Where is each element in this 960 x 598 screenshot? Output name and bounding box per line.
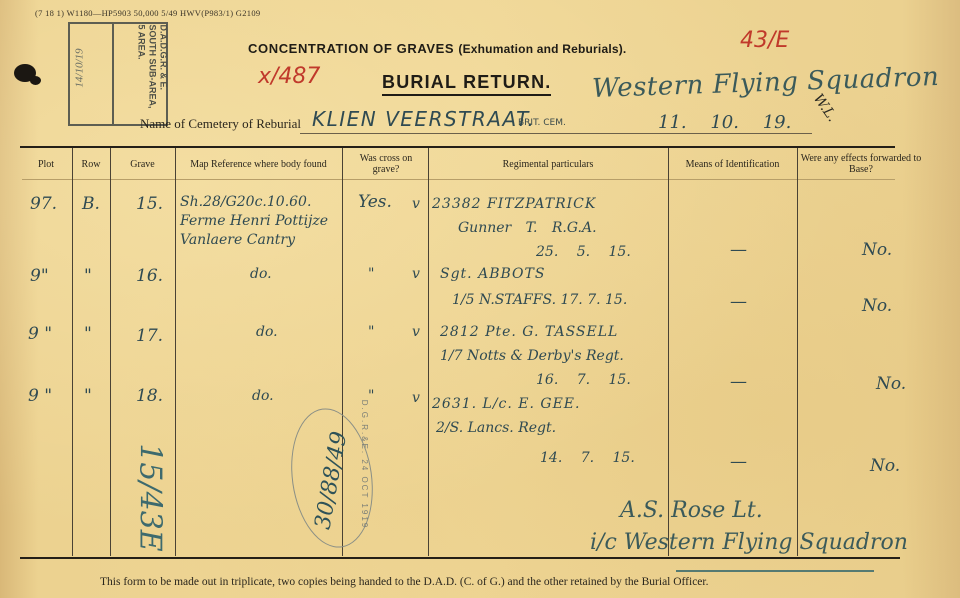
header-identification: Means of Identification xyxy=(668,148,797,180)
row2-identification: — xyxy=(730,292,747,312)
row1-cross: Yes. xyxy=(358,192,392,212)
row4-particulars-1: 2631. L/c. E. GEE. xyxy=(432,396,580,412)
form-title-sub: (Exhumation and Reburials). xyxy=(458,42,626,56)
row1-row: B. xyxy=(82,194,100,214)
red-reference-right: 43/E xyxy=(740,28,789,53)
row1-particulars-2: Gunner T. R.G.A. xyxy=(458,220,597,236)
red-reference-left: x/487 xyxy=(258,64,320,89)
row2-map-ref: do. xyxy=(250,266,272,282)
row3-particulars-1: 2812 Pte. G. TASSELL xyxy=(440,324,618,340)
row1-map-ref-2: Ferme Henri Pottijze xyxy=(180,213,328,229)
row4-particulars-3: 14. 7. 15. xyxy=(540,450,635,466)
header-plot: Plot xyxy=(20,148,72,180)
row3-cross: " xyxy=(368,324,374,340)
row3-identification: — xyxy=(730,372,747,392)
ink-blot-icon xyxy=(30,76,41,85)
table-bottom-rule xyxy=(20,557,900,559)
row4-check-icon: v xyxy=(412,390,420,406)
row3-row: " xyxy=(84,324,92,344)
row2-row: " xyxy=(84,266,92,286)
row4-plot: 9 " xyxy=(28,386,52,406)
officer-unit: i/c Western Flying Squadron xyxy=(590,530,908,555)
row1-map-ref-1: Sh.28/G20c.10.60. xyxy=(180,194,311,210)
row2-grave: 16. xyxy=(136,266,163,286)
stamp-line-3: 5 AREA. xyxy=(136,25,147,129)
row3-effects: No. xyxy=(876,374,906,394)
oval-stamp-text: D.G.R.&E. 24 OCT 1919 xyxy=(360,400,369,529)
signature-underline xyxy=(676,570,874,572)
column-divider xyxy=(428,148,429,556)
stamp-line-2: SOUTH SUB-AREA, xyxy=(147,25,158,129)
cemetery-abbr: BRIT. CEM. xyxy=(518,118,566,128)
dadgr-stamp-text: D.A.D.G.R. & E. SOUTH SUB-AREA, 5 AREA. xyxy=(136,25,169,129)
stamp-signature: 14/10/19 xyxy=(74,48,86,87)
row1-particulars-3: 25. 5. 15. xyxy=(536,244,631,260)
row4-map-ref: do. xyxy=(252,388,274,404)
row1-map-ref-3: Vanlaere Cantry xyxy=(180,232,295,248)
header-cross: Was cross on grave? xyxy=(346,148,426,180)
column-divider xyxy=(175,148,176,556)
row3-particulars-3: 16. 7. 15. xyxy=(536,372,631,388)
row2-effects: No. xyxy=(862,296,892,316)
row2-cross: " xyxy=(368,266,374,282)
officer-signature: A.S. Rose Lt. xyxy=(620,498,763,523)
row4-identification: — xyxy=(730,452,747,472)
row1-effects: No. xyxy=(862,240,892,260)
header-grave: Grave xyxy=(110,148,175,180)
column-divider xyxy=(797,148,798,556)
cemetery-underline xyxy=(300,133,812,134)
row2-plot: 9" xyxy=(30,266,49,286)
row4-row: " xyxy=(84,386,92,406)
row2-particulars-1: Sgt. ABBOTS xyxy=(440,266,545,282)
header-map-reference: Map Reference where body found xyxy=(175,148,342,180)
column-divider xyxy=(110,148,111,556)
column-divider xyxy=(668,148,669,556)
row3-particulars-2: 1/7 Notts & Derby's Regt. xyxy=(440,348,624,364)
form-heading: BURIAL RETURN. xyxy=(382,72,551,96)
form-title: CONCENTRATION OF GRAVES (Exhumation and … xyxy=(248,41,626,56)
row1-plot: 97. xyxy=(30,194,57,214)
stamp-line-1: D.A.D.G.R. & E. xyxy=(158,25,169,129)
header-row: Row xyxy=(72,148,110,180)
row4-grave: 18. xyxy=(136,386,163,406)
row3-map-ref: do. xyxy=(256,324,278,340)
header-regimental: Regimental particulars xyxy=(428,148,668,180)
form-title-main: CONCENTRATION OF GRAVES xyxy=(248,41,454,56)
row1-grave: 15. xyxy=(136,194,163,214)
print-code: (7 18 1) W1180—HP5903 50,000 5/49 HWV(P9… xyxy=(35,8,260,18)
cemetery-name: KLIEN VEERSTRAAT. xyxy=(312,107,535,131)
vertical-reference: 15/43E xyxy=(133,443,168,551)
row2-check-icon: v xyxy=(412,266,420,282)
row1-particulars-1: 23382 FITZPATRICK xyxy=(432,196,596,212)
row1-check-icon: v xyxy=(412,196,420,212)
row4-particulars-2: 2/S. Lancs. Regt. xyxy=(436,420,556,436)
row2-particulars-2: 1/5 N.STAFFS. 17. 7. 15. xyxy=(452,292,627,308)
row3-check-icon: v xyxy=(412,324,420,340)
row3-grave: 17. xyxy=(136,326,163,346)
column-divider xyxy=(72,148,73,556)
cemetery-label: Name of Cemetery of Reburial xyxy=(140,116,301,132)
form-footer-note: This form to be made out in triplicate, … xyxy=(100,576,708,588)
header-effects: Were any effects forwarded to Base? xyxy=(797,148,925,180)
row4-effects: No. xyxy=(870,456,900,476)
row3-plot: 9 " xyxy=(28,324,52,344)
return-date: 11. 10. 19. xyxy=(658,112,791,133)
row1-identification: — xyxy=(730,240,747,260)
